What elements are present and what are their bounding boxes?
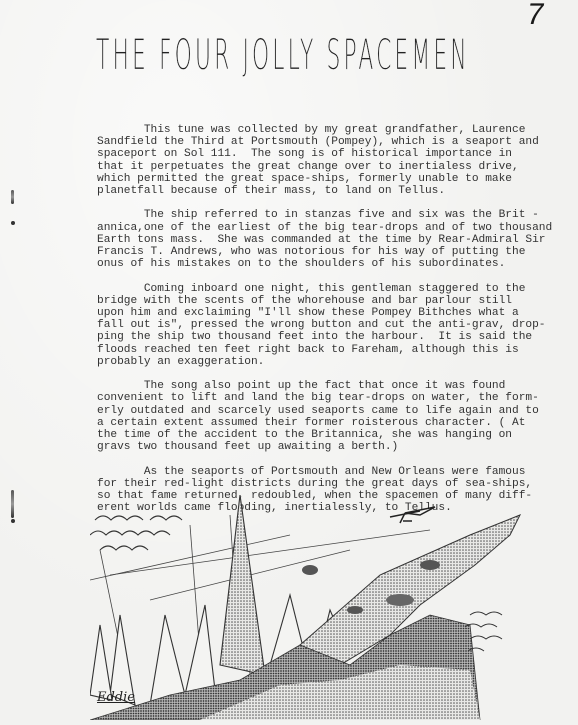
spaceship-crash-illustration <box>90 495 530 720</box>
small-spaceship <box>390 507 435 523</box>
artist-signature: Eddie <box>97 690 135 705</box>
margin-dot-top <box>11 221 15 225</box>
paragraph: Coming inboard one night, this gentleman… <box>97 283 537 368</box>
margin-mark-top <box>11 190 14 204</box>
document-page: 7 THE FOUR JOLLY SPACEMEN This tune was … <box>0 0 578 725</box>
paragraph: The song also point up the fact that onc… <box>97 380 537 453</box>
body-text: This tune was collected by my great gran… <box>97 124 537 527</box>
margin-dot-bottom <box>11 519 15 523</box>
paragraph: The ship referred to in stanzas five and… <box>97 209 537 270</box>
page-title: THE FOUR JOLLY SPACEMEN <box>96 30 470 79</box>
waves-top-left <box>90 516 182 550</box>
page-number: 7 <box>524 0 546 30</box>
margin-mark-bottom <box>11 490 14 518</box>
paragraph: This tune was collected by my great gran… <box>97 124 537 197</box>
